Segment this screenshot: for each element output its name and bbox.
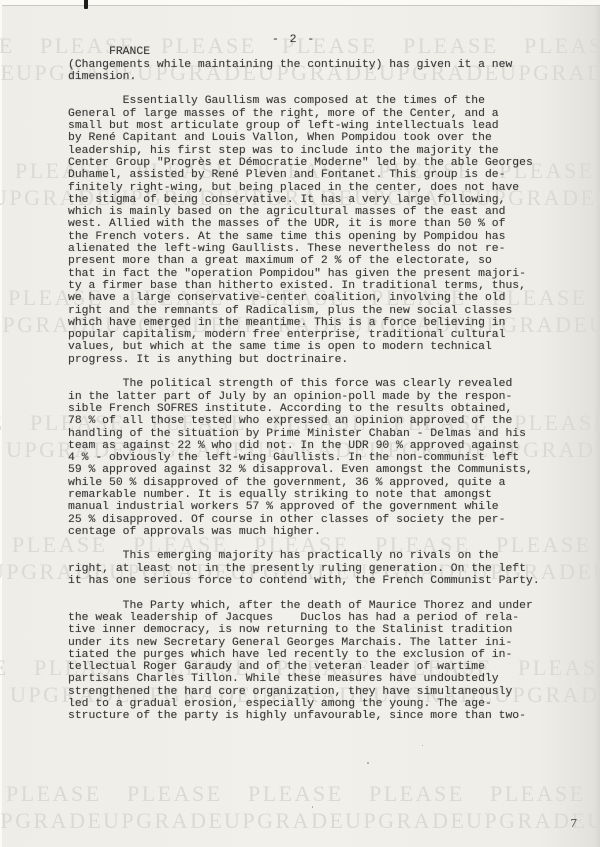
document-body: (Changements while maintaining the conti… bbox=[68, 59, 568, 723]
dust-speck bbox=[312, 806, 313, 808]
paragraph-1: Essentially Gaullism was composed at the… bbox=[68, 95, 568, 366]
dust-speck bbox=[422, 745, 423, 746]
paragraph-0: (Changements while maintaining the conti… bbox=[68, 59, 568, 84]
paragraph-4: The Party which, after the death of Maur… bbox=[68, 600, 568, 723]
scanned-page: PLEASEUPGRADEPLEASEUPGRADEPLEASEUPGRADEP… bbox=[0, 0, 600, 847]
header-country-label: FRANCE bbox=[109, 46, 150, 58]
page-header: FRANCE - 2 - bbox=[68, 34, 568, 46]
scan-artifact-mark bbox=[84, 0, 88, 9]
handwritten-page-number: 7 bbox=[569, 817, 577, 830]
paragraph-2: The political strength of this force was… bbox=[68, 378, 568, 538]
document-text: FRANCE - 2 - (Changements while maintain… bbox=[68, 34, 568, 735]
page-number-header: - 2 - bbox=[272, 34, 316, 46]
dust-speck bbox=[367, 762, 369, 764]
paragraph-3: This emerging majority has practically n… bbox=[68, 550, 568, 587]
